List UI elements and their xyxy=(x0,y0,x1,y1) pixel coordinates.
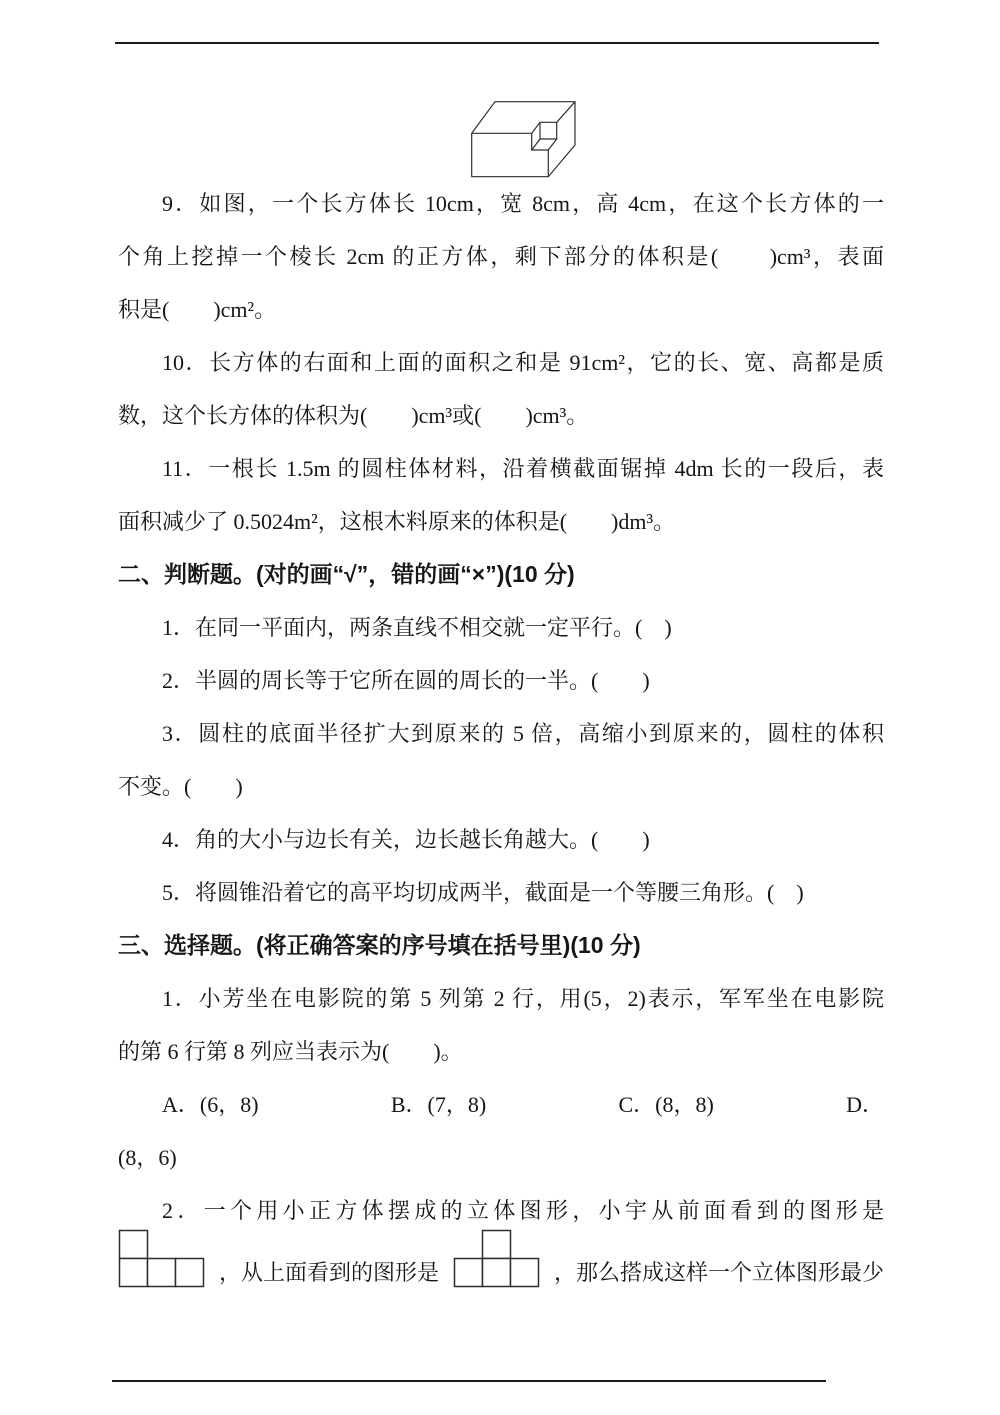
q11-line-2: 面积减少了 0.5024m²，这根木料原来的体积是( )dm³。 xyxy=(118,495,884,548)
header-rule xyxy=(115,42,879,44)
choice-q2-mid-text: ，从上面看到的图形是 xyxy=(219,1260,439,1288)
footer-rule xyxy=(112,1380,826,1382)
q9-line-1: 9．如图，一个长方体长 10cm，宽 8cm，高 4cm，在这个长方体的一 xyxy=(118,177,884,230)
judge-item-4: 4．角的大小与边长有关，边长越长角越大。( ) xyxy=(118,813,884,866)
option-d-wrap: (8，6) xyxy=(118,1131,884,1184)
paper-body: 9．如图，一个长方体长 10cm，宽 8cm，高 4cm，在这个长方体的一 个角… xyxy=(118,177,884,1288)
choice-q2-line-2: ，从上面看到的图形是 ，那么搭成这样一个立体图形最少 xyxy=(118,1229,884,1288)
top-view-grid-figure xyxy=(453,1229,540,1288)
choice-q2-tail-text: ，那么搭成这样一个立体图形最少 xyxy=(554,1260,884,1288)
judge-item-2: 2．半圆的周长等于它所在圆的周长的一半。( ) xyxy=(118,654,884,707)
option-d: D． xyxy=(846,1078,884,1131)
judge-item-3-line1: 3．圆柱的底面半径扩大到原来的 5 倍，高缩小到原来的，圆柱的体积 xyxy=(118,707,884,760)
choice-q1-line-2: 的第 6 行第 8 列应当表示为( )。 xyxy=(118,1025,884,1078)
q9-line-2: 个角上挖掉一个棱长 2cm 的正方体，剩下部分的体积是( )cm³，表面 xyxy=(118,230,884,283)
q11-line-1: 11．一根长 1.5m 的圆柱体材料，沿着横截面锯掉 4dm 长的一段后，表 xyxy=(118,442,884,495)
q10-line-2: 数，这个长方体的体积为( )cm³或( )cm³。 xyxy=(118,389,884,442)
q9-line-3: 积是( )cm²。 xyxy=(118,283,884,336)
choice-q1-options: A．(6，8) B．(7，8) C．(8，8) D． xyxy=(118,1078,884,1131)
section-choice-heading: 三、选择题。(将正确答案的序号填在括号里)(10 分) xyxy=(118,919,884,972)
choice-q1-line-1: 1．小芳坐在电影院的第 5 列第 2 行，用(5，2)表示，军军坐在电影院 xyxy=(118,972,884,1025)
front-view-grid-figure xyxy=(118,1229,205,1288)
judge-item-3-line2: 不变。( ) xyxy=(118,760,884,813)
test-paper-page: 9．如图，一个长方体长 10cm，宽 8cm，高 4cm，在这个长方体的一 个角… xyxy=(0,0,1000,1415)
judge-item-5: 5．将圆锥沿着它的高平均切成两半，截面是一个等腰三角形。( ) xyxy=(118,866,884,919)
judge-item-1: 1．在同一平面内，两条直线不相交就一定平行。( ) xyxy=(118,601,884,654)
section-judge-heading: 二、判断题。(对的画“√”，错的画“×”)(10 分) xyxy=(118,548,884,601)
option-b: B．(7，8) xyxy=(391,1078,486,1131)
option-a: A．(6，8) xyxy=(162,1078,259,1131)
option-c: C．(8，8) xyxy=(618,1078,713,1131)
q10-line-1: 10．长方体的右面和上面的面积之和是 91cm²，它的长、宽、高都是质 xyxy=(118,336,884,389)
